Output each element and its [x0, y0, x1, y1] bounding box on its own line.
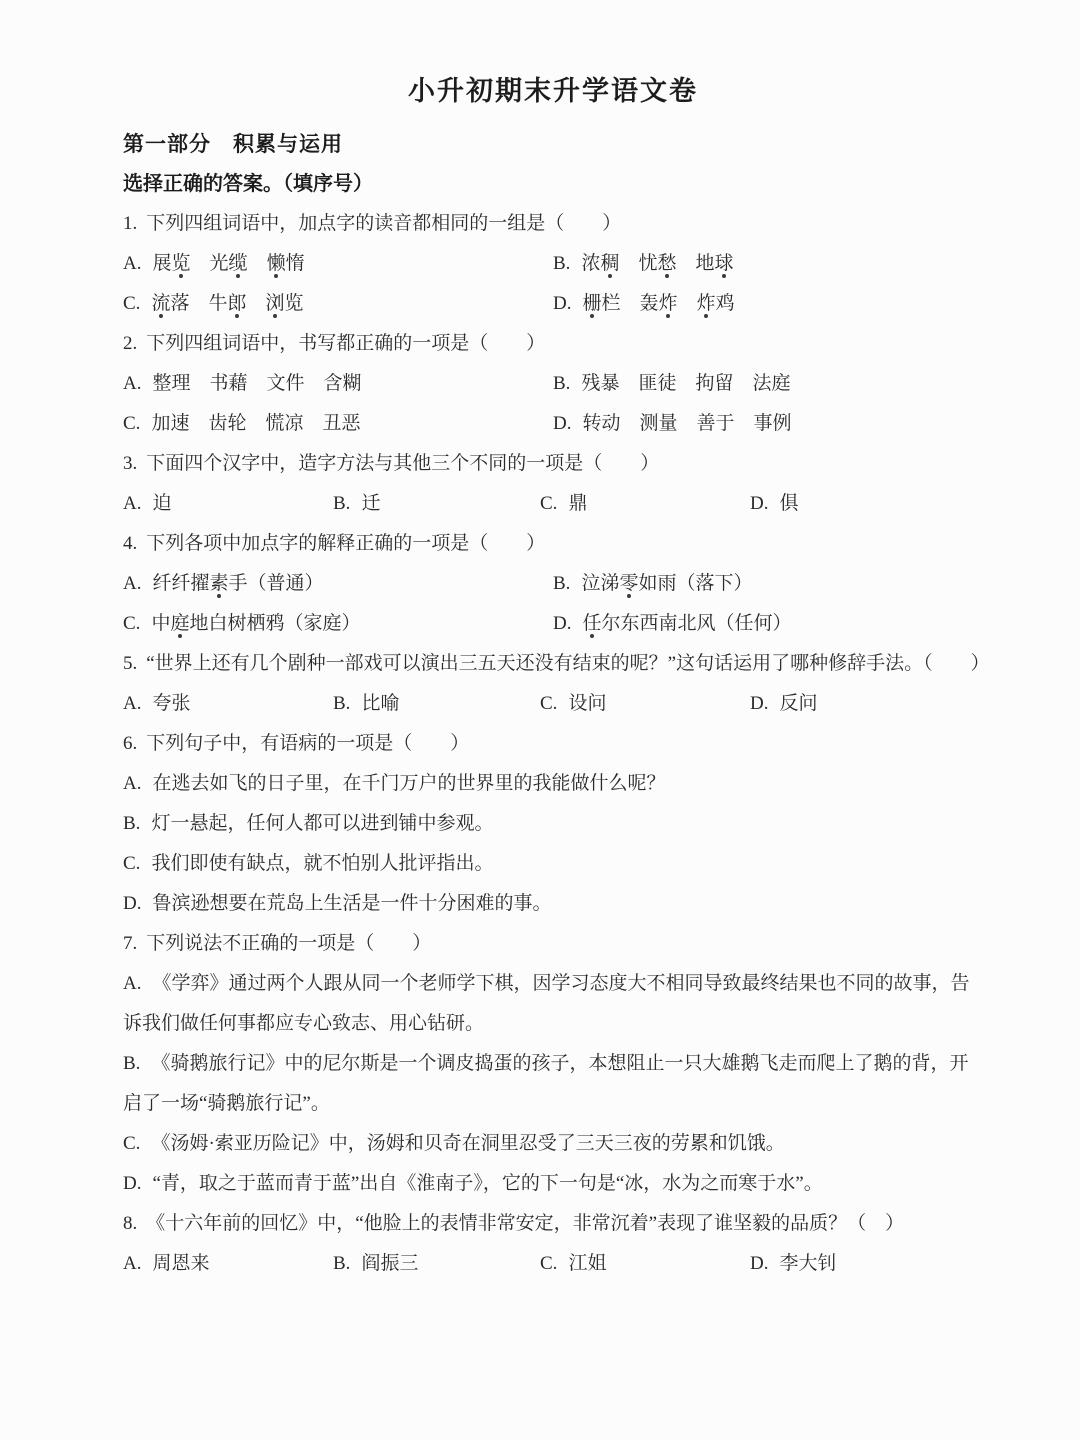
option-D: D.栅栏 轰炸 炸鸡: [553, 284, 983, 324]
question-number: 3.: [123, 453, 137, 474]
option-label: C.: [540, 693, 557, 714]
exam-page: 小升初期末升学语文卷 第一部分 积累与运用 选择正确的答案。（填序号） 1.下列…: [0, 0, 1080, 1440]
question-stem: 5.“世界上还有几个剧种一部戏可以演出三五天还没有结束的呢？”这句话运用了哪种修…: [123, 644, 983, 684]
option-C: C.鼎: [540, 484, 750, 524]
option-label: D.: [553, 413, 571, 434]
emphasis-dot-char: 郎: [227, 293, 246, 314]
option-label: B.: [333, 1253, 350, 1274]
option-A: A.周恩来: [123, 1244, 333, 1284]
option-B: B.灯一悬起，任何人都可以进到铺中参观。: [123, 804, 983, 844]
options: A.在逃去如飞的日子里，在千门万户的世界里的我能做什么呢？B.灯一悬起，任何人都…: [123, 764, 983, 924]
option-label: C.: [123, 1133, 140, 1154]
option-A: A.迫: [123, 484, 333, 524]
option-C: C.江姐: [540, 1244, 750, 1284]
option-label: D.: [553, 293, 571, 314]
question-stem: 7.下列说法不正确的一项是（ ）: [123, 924, 983, 964]
question-number: 5.: [123, 653, 137, 674]
option-A: A.纤纤擢素手（普通）: [123, 564, 553, 604]
option-label: C.: [540, 493, 557, 514]
instruction: 选择正确的答案。（填序号）: [123, 164, 983, 204]
option-label: D.: [750, 493, 768, 514]
options: A.纤纤擢素手（普通）B.泣涕零如雨（落下）C.中庭地白树栖鸦（家庭）D.任尔东…: [123, 564, 983, 644]
emphasis-dot-char: 任: [582, 613, 601, 634]
question-number: 1.: [123, 213, 137, 234]
option-C: C.《汤姆·索亚历险记》中，汤姆和贝奇在洞里忍受了三天三夜的劳累和饥饿。: [123, 1124, 983, 1164]
emphasis-dot-char: 稠: [600, 253, 619, 274]
emphasis-dot-char: 炸: [697, 293, 716, 314]
question-7: 7.下列说法不正确的一项是（ ）A.《学弈》通过两个人跟从同一个老师学下棋，因学…: [123, 924, 983, 1204]
option-label: B.: [123, 813, 140, 834]
option-label: A.: [123, 253, 141, 274]
option-label: A.: [123, 373, 141, 394]
option-A: A.在逃去如飞的日子里，在千门万户的世界里的我能做什么呢？: [123, 764, 983, 804]
option-label: B.: [333, 493, 350, 514]
option-label: C.: [123, 413, 140, 434]
emphasis-dot-char: 球: [715, 253, 734, 274]
option-label: D.: [750, 1253, 768, 1274]
option-label: B.: [553, 373, 570, 394]
question-4: 4.下列各项中加点字的解释正确的一项是（ ）A.纤纤擢素手（普通）B.泣涕零如雨…: [123, 524, 983, 644]
option-D: D.反问: [750, 684, 983, 724]
option-C: C.设问: [540, 684, 750, 724]
options: A.周恩来B.阎振三C.江姐D.李大钊: [123, 1244, 983, 1284]
question-number: 6.: [123, 733, 137, 754]
question-stem: 8.《十六年前的回忆》中，“他脸上的表情非常安定，非常沉着”表现了谁坚毅的品质？…: [123, 1204, 983, 1244]
option-C: C.流落 牛郎 浏览: [123, 284, 553, 324]
option-label: B.: [553, 573, 570, 594]
option-C: C.加速 齿轮 慌凉 丑恶: [123, 404, 553, 444]
option-B: B.《骑鹅旅行记》中的尼尔斯是一个调皮捣蛋的孩子，本想阻止一只大雄鹅飞走而爬上了…: [123, 1044, 983, 1124]
question-number: 8.: [123, 1213, 137, 1234]
options: A.夸张B.比喻C.设问D.反问: [123, 684, 983, 724]
option-B: B.泣涕零如雨（落下）: [553, 564, 983, 604]
question-3: 3.下面四个汉字中，造字方法与其他三个不同的一项是（ ）A.迫B.迁C.鼎D.俱: [123, 444, 983, 524]
option-D: D.转动 测量 善于 事例: [553, 404, 983, 444]
option-label: C.: [123, 613, 140, 634]
option-label: C.: [540, 1253, 557, 1274]
question-5: 5.“世界上还有几个剧种一部戏可以演出三五天还没有结束的呢？”这句话运用了哪种修…: [123, 644, 983, 724]
option-B: B.阎振三: [333, 1244, 540, 1284]
option-B: B.残暴 匪徒 拘留 法庭: [553, 364, 983, 404]
option-A: A.夸张: [123, 684, 333, 724]
option-A: A.展览 光缆 懒惰: [123, 244, 553, 284]
question-stem: 1.下列四组词语中，加点字的读音都相同的一组是（ ）: [123, 204, 983, 244]
question-stem: 4.下列各项中加点字的解释正确的一项是（ ）: [123, 524, 983, 564]
option-label: D.: [750, 693, 768, 714]
option-label: A.: [123, 493, 141, 514]
option-A: A.整理 书藉 文件 含糊: [123, 364, 553, 404]
option-label: C.: [123, 293, 140, 314]
option-A: A.《学弈》通过两个人跟从同一个老师学下棋，因学习态度大不相同导致最终结果也不同…: [123, 964, 983, 1044]
options: A.整理 书藉 文件 含糊B.残暴 匪徒 拘留 法庭C.加速 齿轮 慌凉 丑恶D…: [123, 364, 983, 444]
emphasis-dot-char: 缆: [229, 253, 248, 274]
option-B: B.比喻: [333, 684, 540, 724]
question-number: 2.: [123, 333, 137, 354]
options: A.迫B.迁C.鼎D.俱: [123, 484, 983, 524]
option-label: D.: [123, 893, 141, 914]
option-B: B.迁: [333, 484, 540, 524]
section-heading: 第一部分 积累与运用: [123, 124, 983, 164]
emphasis-dot-char: 庭: [170, 613, 189, 634]
question-stem: 3.下面四个汉字中，造字方法与其他三个不同的一项是（ ）: [123, 444, 983, 484]
option-D: D.李大钊: [750, 1244, 983, 1284]
question-number: 4.: [123, 533, 137, 554]
option-label: A.: [123, 773, 141, 794]
emphasis-dot-char: 零: [619, 573, 638, 594]
option-label: D.: [123, 1173, 141, 1194]
question-8: 8.《十六年前的回忆》中，“他脸上的表情非常安定，非常沉着”表现了谁坚毅的品质？…: [123, 1204, 983, 1284]
options: A.《学弈》通过两个人跟从同一个老师学下棋，因学习态度大不相同导致最终结果也不同…: [123, 964, 983, 1204]
option-label: A.: [123, 573, 141, 594]
question-6: 6.下列句子中，有语病的一项是（ ）A.在逃去如飞的日子里，在千门万户的世界里的…: [123, 724, 983, 924]
question-stem: 6.下列句子中，有语病的一项是（ ）: [123, 724, 983, 764]
emphasis-dot-char: 愁: [657, 253, 676, 274]
option-label: C.: [123, 853, 140, 874]
option-label: A.: [123, 1253, 141, 1274]
emphasis-dot-char: 素: [210, 573, 229, 594]
emphasis-dot-char: 懒: [267, 253, 286, 274]
option-D: D.鲁滨逊想要在荒岛上生活是一件十分困难的事。: [123, 884, 983, 924]
options: A.展览 光缆 懒惰B.浓稠 忧愁 地球C.流落 牛郎 浏览D.栅栏 轰炸 炸鸡: [123, 244, 983, 324]
emphasis-dot-char: 浏: [266, 293, 285, 314]
question-list: 1.下列四组词语中，加点字的读音都相同的一组是（ ）A.展览 光缆 懒惰B.浓稠…: [123, 204, 983, 1284]
option-label: A.: [123, 973, 141, 994]
emphasis-dot-char: 栅: [582, 293, 601, 314]
option-D: D.任尔东西南北风（任何）: [553, 604, 983, 644]
option-C: C.中庭地白树栖鸦（家庭）: [123, 604, 553, 644]
option-label: B.: [123, 1053, 140, 1074]
option-label: B.: [553, 253, 570, 274]
question-1: 1.下列四组词语中，加点字的读音都相同的一组是（ ）A.展览 光缆 懒惰B.浓稠…: [123, 204, 983, 324]
option-D: D.俱: [750, 484, 983, 524]
page-title: 小升初期末升学语文卷: [123, 70, 983, 112]
option-label: D.: [553, 613, 571, 634]
option-D: D.“青，取之于蓝而青于蓝”出自《淮南子》，它的下一句是“冰，水为之而寒于水”。: [123, 1164, 983, 1204]
emphasis-dot-char: 览: [172, 253, 191, 274]
option-label: A.: [123, 693, 141, 714]
question-stem: 2.下列四组词语中，书写都正确的一项是（ ）: [123, 324, 983, 364]
option-C: C.我们即使有缺点，就不怕别人批评指出。: [123, 844, 983, 884]
question-2: 2.下列四组词语中，书写都正确的一项是（ ）A.整理 书藉 文件 含糊B.残暴 …: [123, 324, 983, 444]
option-B: B.浓稠 忧愁 地球: [553, 244, 983, 284]
option-label: B.: [333, 693, 350, 714]
emphasis-dot-char: 流: [151, 293, 170, 314]
emphasis-dot-char: 炸: [659, 293, 678, 314]
question-number: 7.: [123, 933, 137, 954]
